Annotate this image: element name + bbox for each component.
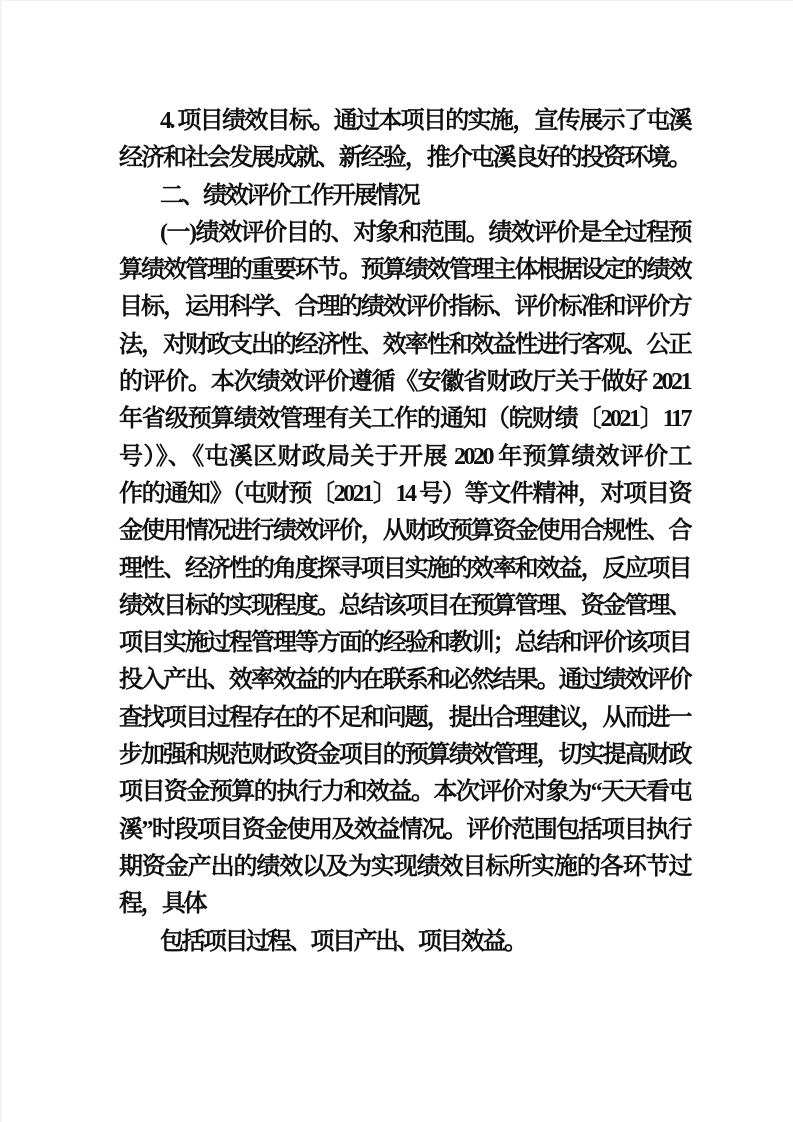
document-line: 投入产出、效率效益的内在联系和必然结果。通过绩效评价 [119, 662, 690, 699]
document-line: 理性、经济性的角度探寻项目实施的效率和效益，反应项目 [119, 551, 690, 588]
document-line: (一)绩效评价目的、对象和范围。绩效评价是全过程预 [119, 215, 690, 252]
page-top-edge [0, 0, 793, 1]
document-line: 期资金产出的绩效以及为实现绩效目标所实施的各环节过 [119, 849, 690, 886]
document-line: 步加强和规范财政资金项目的预算绩效管理，切实提高财政 [119, 737, 690, 774]
document-line: 项目实施过程管理等方面的经验和教训；总结和评价该项目 [119, 625, 690, 662]
document-line: 溪”时段项目资金使用及效益情况。评价范围包括项目执行 [119, 812, 690, 849]
document-line: 二、绩效评价工作开展情况 [119, 178, 690, 215]
document-line: 号）》、《屯溪区财政局关于开展 2020 年预算绩效评价工 [119, 439, 690, 476]
document-text-block: 4. 项目绩效目标。通过本项目的实施，宣传展示了屯溪经济和社会发展成就、新经验，… [119, 103, 690, 961]
page-left-edge [0, 0, 2, 1122]
document-page: 4. 项目绩效目标。通过本项目的实施，宣传展示了屯溪经济和社会发展成就、新经验，… [0, 0, 793, 1122]
document-line: 作的通知》（屯财预〔2021〕14 号）等文件精神，对项目资 [119, 476, 690, 513]
document-line: 绩效目标的实现程度。总结该项目在预算管理、资金管理、 [119, 588, 690, 625]
document-line: 目标，运用科学、合理的绩效评价指标、评价标准和评价方 [119, 289, 690, 326]
document-line: 经济和社会发展成就、新经验，推介屯溪良好的投资环境。 [119, 140, 690, 177]
document-line: 算绩效管理的重要环节。预算绩效管理主体根据设定的绩效 [119, 252, 690, 289]
document-line: 程，具体 [119, 886, 690, 923]
document-line: 包括项目过程、项目产出、项目效益。 [119, 924, 690, 961]
document-line: 法，对财政支出的经济性、效率性和效益性进行客观、公正 [119, 327, 690, 364]
document-line: 的评价。本次绩效评价遵循《安徽省财政厅关于做好 2021 [119, 364, 690, 401]
document-line: 4. 项目绩效目标。通过本项目的实施，宣传展示了屯溪 [119, 103, 690, 140]
document-line: 查找项目过程存在的不足和问题，提出合理建议，从而进一 [119, 700, 690, 737]
document-line: 项目资金预算的执行力和效益。本次评价对象为“天天看屯 [119, 774, 690, 811]
document-line: 金使用情况进行绩效评价，从财政预算资金使用合规性、合 [119, 513, 690, 550]
document-line: 年省级预算绩效管理有关工作的通知（皖财绩〔2021〕117 [119, 401, 690, 438]
